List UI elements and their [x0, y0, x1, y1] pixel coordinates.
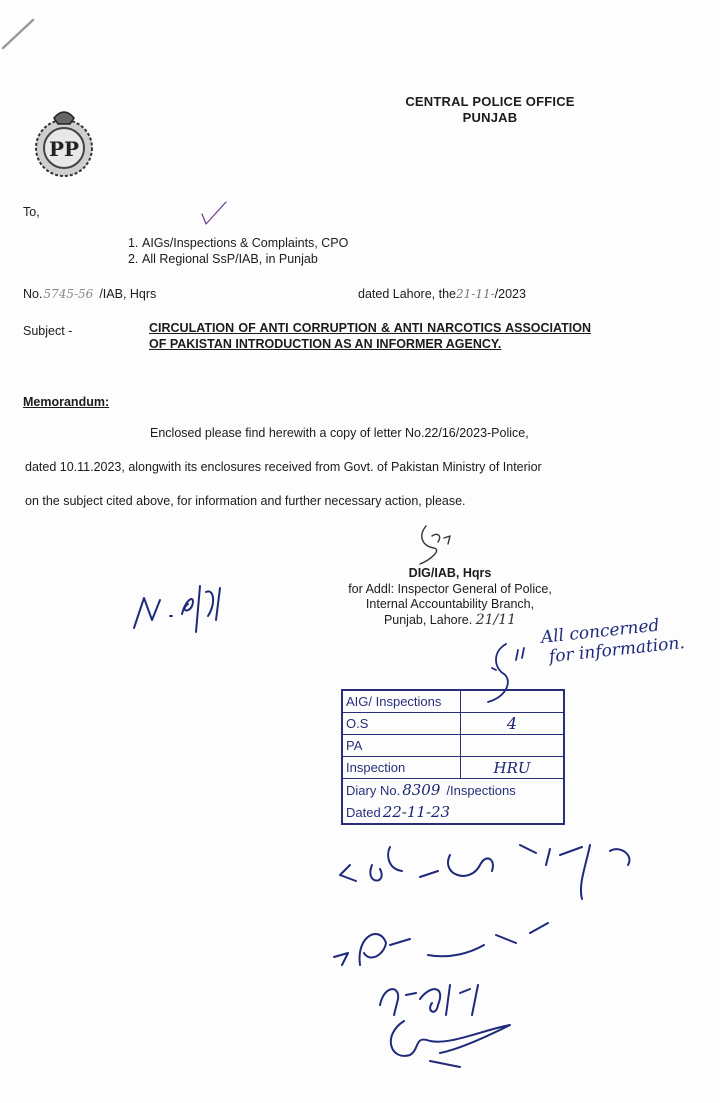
receipt-stamp: AIG/ Inspections O.S 4 PA Inspection HRU… — [341, 689, 565, 825]
memorandum-line-2: dated 10.11.2023, alongwith its enclosur… — [25, 460, 542, 474]
reference-date: dated Lahore, the21-11-/2023 — [358, 287, 526, 301]
memorandum-heading: Memorandum: — [23, 395, 109, 409]
stamp-row: O.S 4 — [343, 713, 563, 735]
signatory-line-4: Punjab, Lahore. 21/11 — [320, 613, 580, 629]
signatory-line-3: Internal Accountability Branch, — [320, 597, 580, 613]
recipient-item: 2.All Regional SsP/IAB, in Punjab — [128, 251, 348, 267]
subject-text: CIRCULATION OF ANTI CORRUPTION & ANTI NA… — [149, 320, 591, 352]
stamp-dated: Dated22-11-23 — [343, 801, 563, 823]
reference-number: No.5745-56/IAB, Hqrs — [23, 287, 156, 301]
initials-left — [130, 570, 240, 640]
signatory-line-2: for Addl: Inspector General of Police, — [320, 582, 580, 598]
recipient-item: 1.AIGs/Inspections & Complaints, CPO — [128, 235, 348, 251]
subject-label: Subject - — [23, 324, 72, 338]
signatory-block: DIG/IAB, Hqrs for Addl: Inspector Genera… — [320, 566, 580, 628]
office-line-2: PUNJAB — [380, 110, 600, 126]
handwritten-date: 21-11- — [456, 287, 495, 301]
stamp-row: Inspection HRU — [343, 757, 563, 779]
office-line-1: CENTRAL POLICE OFFICE — [380, 94, 600, 110]
to-label: To, — [23, 205, 40, 219]
urdu-endorsement — [320, 835, 700, 1075]
handwritten-reference-number: 5745-56 — [43, 287, 93, 301]
stamp-row: AIG/ Inspections — [343, 691, 563, 713]
memorandum-line-3: on the subject cited above, for informat… — [25, 494, 466, 508]
svg-text:PP: PP — [49, 137, 79, 161]
stamp-diary-number: Diary No.8309/Inspections — [343, 779, 563, 801]
punjab-police-crest-icon: PP — [32, 106, 96, 178]
signatory-line-1: DIG/IAB, Hqrs — [320, 566, 580, 582]
handwritten-sign-date: 21/11 — [476, 612, 516, 628]
pen-mark — [0, 10, 40, 50]
memorandum-line-1: Enclosed please find herewith a copy of … — [150, 426, 529, 440]
recipient-list: 1.AIGs/Inspections & Complaints, CPO 2.A… — [128, 235, 348, 267]
letterhead-office: CENTRAL POLICE OFFICE PUNJAB — [380, 94, 600, 126]
stamp-row: PA — [343, 735, 563, 757]
signature-dig — [412, 524, 462, 568]
checkmark-icon — [200, 200, 230, 230]
